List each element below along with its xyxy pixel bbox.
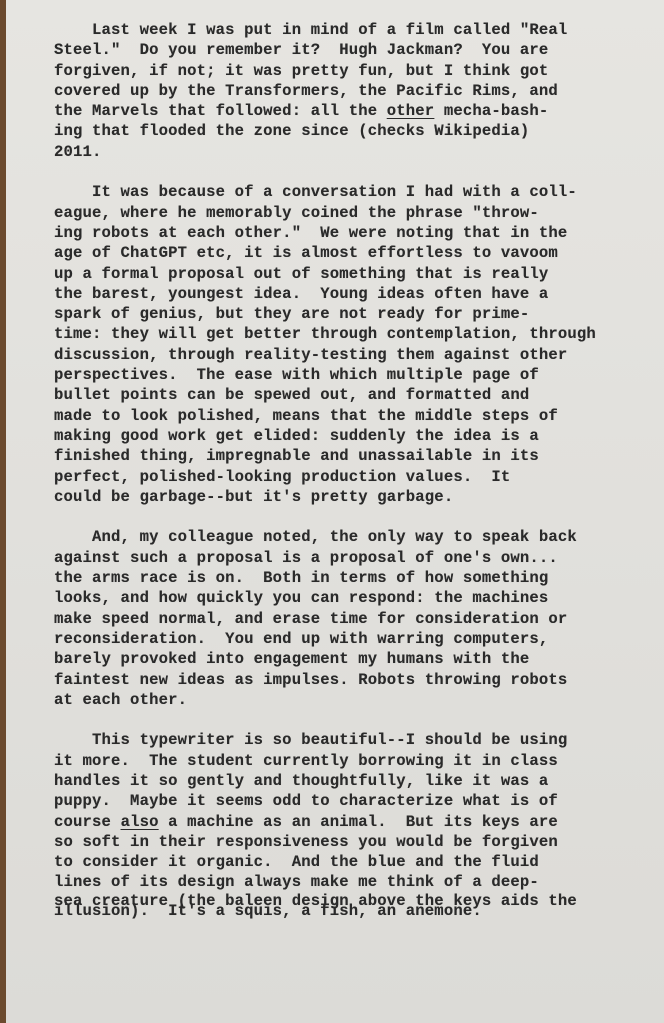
text-line: lines of its design always make me think… <box>54 872 664 892</box>
text-line: barely provoked into engagement my human… <box>54 649 664 669</box>
text-line: bullet points can be spewed out, and for… <box>54 385 664 405</box>
paragraph-3: And, my colleague noted, the only way to… <box>54 527 664 710</box>
text-line: finished thing, impregnable and unassail… <box>54 446 664 466</box>
text-line: forgiven, if not; it was pretty fun, but… <box>54 61 664 81</box>
text-line: And, my colleague noted, the only way to… <box>54 527 664 547</box>
text-line: Steel." Do you remember it? Hugh Jackman… <box>54 40 664 60</box>
text-line: made to look polished, means that the mi… <box>54 406 664 426</box>
text-line: perfect, polished-looking production val… <box>54 467 664 487</box>
paragraph-1: Last week I was put in mind of a film ca… <box>54 20 664 162</box>
text-line: 2011. <box>54 142 664 162</box>
text-line: the arms race is on. Both in terms of ho… <box>54 568 664 588</box>
underlined-word: other <box>387 102 435 120</box>
text-line: discussion, through reality-testing them… <box>54 345 664 365</box>
text-line: ing that flooded the zone since (checks … <box>54 121 664 141</box>
text-line: spark of genius, but they are not ready … <box>54 304 664 324</box>
text-line: making good work get elided: suddenly th… <box>54 426 664 446</box>
text-line: perspectives. The ease with which multip… <box>54 365 664 385</box>
text-line: up a formal proposal out of something th… <box>54 264 664 284</box>
text-line: could be garbage--but it's pretty garbag… <box>54 487 664 507</box>
typewritten-paper: Last week I was put in mind of a film ca… <box>6 0 664 1023</box>
text-line: puppy. Maybe it seems odd to characteriz… <box>54 791 664 811</box>
text-line: covered up by the Transformers, the Paci… <box>54 81 664 101</box>
text-line: handles it so gently and thoughtfully, l… <box>54 771 664 791</box>
typewritten-text: Last week I was put in mind of a film ca… <box>54 20 664 915</box>
text-line: It was because of a conversation I had w… <box>54 182 664 202</box>
text-line: against such a proposal is a proposal of… <box>54 548 664 568</box>
text-line: course also a machine as an animal. But … <box>54 812 664 832</box>
paragraph-2: It was because of a conversation I had w… <box>54 182 664 507</box>
underlined-word: also <box>121 813 159 831</box>
overstruck-lines: sea creature (the baleen design above th… <box>54 893 664 915</box>
text-line: Last week I was put in mind of a film ca… <box>54 20 664 40</box>
text-line: the barest, youngest idea. Young ideas o… <box>54 284 664 304</box>
text-line: ing robots at each other." We were notin… <box>54 223 664 243</box>
text-line: looks, and how quickly you can respond: … <box>54 588 664 608</box>
text-line: faintest new ideas as impulses. Robots t… <box>54 670 664 690</box>
text-line: eague, where he memorably coined the phr… <box>54 203 664 223</box>
text-line: reconsideration. You end up with warring… <box>54 629 664 649</box>
text-line: it more. The student currently borrowing… <box>54 751 664 771</box>
text-line: so soft in their responsiveness you woul… <box>54 832 664 852</box>
text-line: to consider it organic. And the blue and… <box>54 852 664 872</box>
text-line: This typewriter is so beautiful--I shoul… <box>54 730 664 750</box>
text-line: time: they will get better through conte… <box>54 324 664 344</box>
text-line: make speed normal, and erase time for co… <box>54 609 664 629</box>
text-line: the Marvels that followed: all the other… <box>54 101 664 121</box>
text-line: at each other. <box>54 690 664 710</box>
text-line: age of ChatGPT etc, it is almost effortl… <box>54 243 664 263</box>
paragraph-4: This typewriter is so beautiful--I shoul… <box>54 730 664 914</box>
